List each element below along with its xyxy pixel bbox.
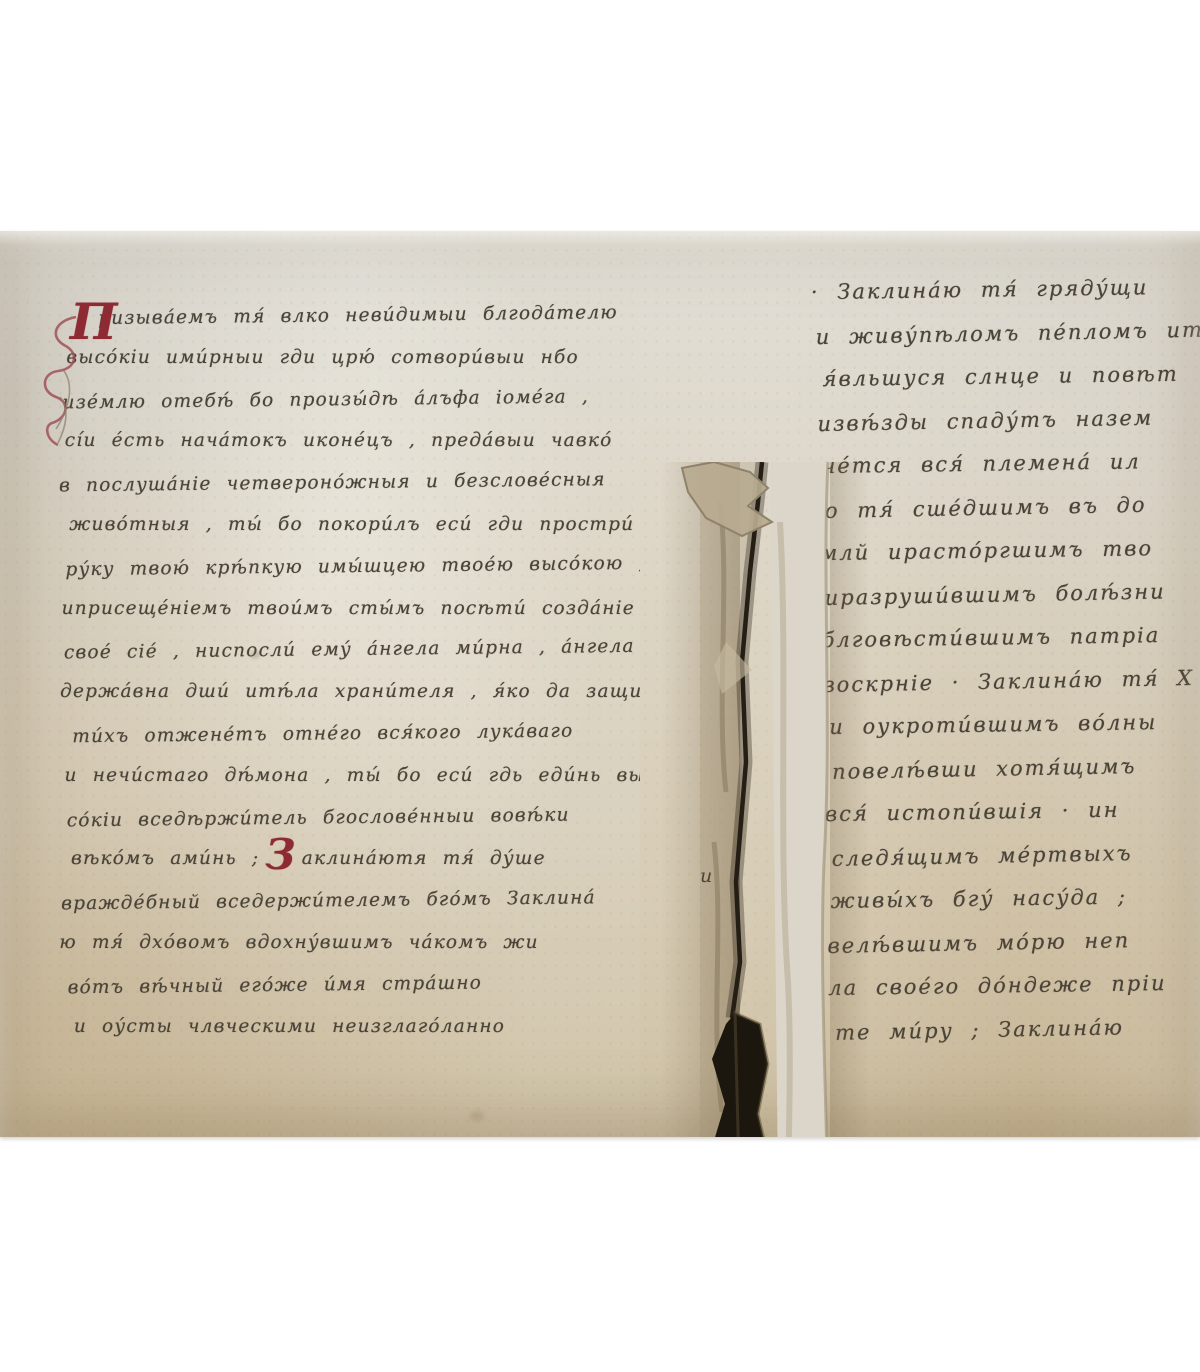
manuscript-line: свое́ сіе́ , ниспосли́ ему́ а́нгела ми́р… (64, 626, 658, 675)
manuscript-line: ру́ку твою́ крѣ́пкую имы́шцею твое́ю выс… (65, 542, 657, 591)
manuscript-line: я́вльшуся слнце и повѣт (822, 352, 1200, 402)
manuscript-line: иразруши́вшимъ болѣ́зни (824, 568, 1200, 619)
manuscript-line: ла свое́го до́ндеже пріи (828, 961, 1200, 1011)
drop-cap-initial: П (70, 297, 117, 347)
manuscript-line: живы́хъ бгу́ насу́да ; (830, 874, 1200, 924)
manuscript-line: ризыва́емъ тя́ влко неви́димыи блгода́те… (98, 292, 656, 340)
manuscript-line: изе́млю отебѣ́ бо произы́дѣ а́лъфа іоме́… (62, 375, 656, 424)
right-text-block: · Заклина́ю тя́ гряду́щи и живу́пѣломъ п… (815, 264, 1200, 1055)
manuscript-line: вражде́бный вседержи́телемъ бго́мъ Закли… (61, 877, 659, 926)
manuscript-line: че́тся вся́ племена́ ил (822, 439, 1200, 489)
stray-letter: и (700, 865, 712, 887)
manuscript-line: ю тя́ сше́дшимъ въ до (819, 482, 1200, 534)
manuscript-line: и оукроти́вшимъ во́лны (829, 700, 1200, 750)
manuscript-line: сі́и е́сть нача́токъ иконе́цъ , преда́вы… (65, 420, 657, 462)
manuscript-line: блговѣсти́вшимъ патріа (821, 613, 1200, 663)
manuscript-line: высо́кіи ими́рныи гди црю́ сотвори́выи н… (66, 337, 656, 379)
manuscript-photo: П ризыва́емъ тя́ влко неви́димыи блгода́… (0, 0, 1200, 1372)
manuscript-line: извѣ́зды спаду́тъ назем (817, 395, 1200, 447)
manuscript-line: воскрніе · Заклина́ю тя́ Х (822, 655, 1200, 707)
manuscript-line: те ми́ру ; Заклина́ю (835, 1003, 1200, 1054)
manuscript-line: держа́вна дши́ итѣ́ла храни́теля , я́ко … (60, 671, 658, 713)
line-text: вѣко́мъ ами́нь ; (71, 848, 259, 869)
manuscript-line: со́кіи вседѣржи́тель бгослове́нныи вовѣ́… (67, 793, 659, 842)
right-page: · Заклина́ю тя́ гряду́щи и живу́пѣломъ п… (640, 231, 1200, 1137)
manuscript-line: вся́ истопи́вшія · ин (825, 787, 1200, 837)
line-text: аклина́ютя тя́ ду́ше (302, 848, 546, 869)
manuscript-line: и живу́пѣломъ пе́пломъ ит (815, 308, 1200, 360)
manuscript-line: ти́хъ отжене́тъ отне́го вся́кого лука́ва… (72, 710, 658, 758)
manuscript-line: ю тя́ дхо́вомъ вдохну́вшимъ ча́комъ жи (59, 922, 659, 964)
manuscript-line: в послуша́ніе четвероно́жныя и безслове́… (59, 459, 657, 508)
manuscript-line: следя́щимъ ме́ртвыхъ (831, 829, 1200, 880)
manuscript-line: иприсеще́ніемъ твои́мъ сты́мъ посѣти́ со… (62, 588, 658, 630)
manuscript-line: и оу́сты члвческими неизглаго́ланно (74, 1006, 660, 1048)
manuscript-line: млй ирасто́ргшимъ тво (820, 526, 1200, 576)
left-page: П ризыва́емъ тя́ влко неви́димыи блгода́… (0, 231, 660, 1137)
open-book: П ризыва́емъ тя́ влко неви́димыи блгода́… (0, 231, 1200, 1137)
red-initial: З (265, 830, 297, 879)
manuscript-line: велѣ́вшимъ мо́рю неп (827, 916, 1200, 968)
manuscript-line: · Заклина́ю тя́ гряду́щи (811, 265, 1200, 315)
manuscript-line: живо́тныя , ты́ бо покори́лъ еси́ гди пр… (69, 504, 657, 546)
manuscript-line-with-rubric: вѣко́мъ ами́нь ;Заклина́ютя тя́ ду́ше (71, 838, 659, 880)
manuscript-line: во́тъ вѣ́чный его́же и́мя стра́шно (67, 960, 659, 1009)
manuscript-line: и нечи́стаго дѣ́мона , ты́ бо еси́ гдь е… (65, 755, 659, 797)
left-text-block: ризыва́емъ тя́ влко неви́димыи блгода́те… (56, 293, 660, 1048)
manuscript-line: повелѣ́вши хотя́щимъ (832, 742, 1200, 793)
